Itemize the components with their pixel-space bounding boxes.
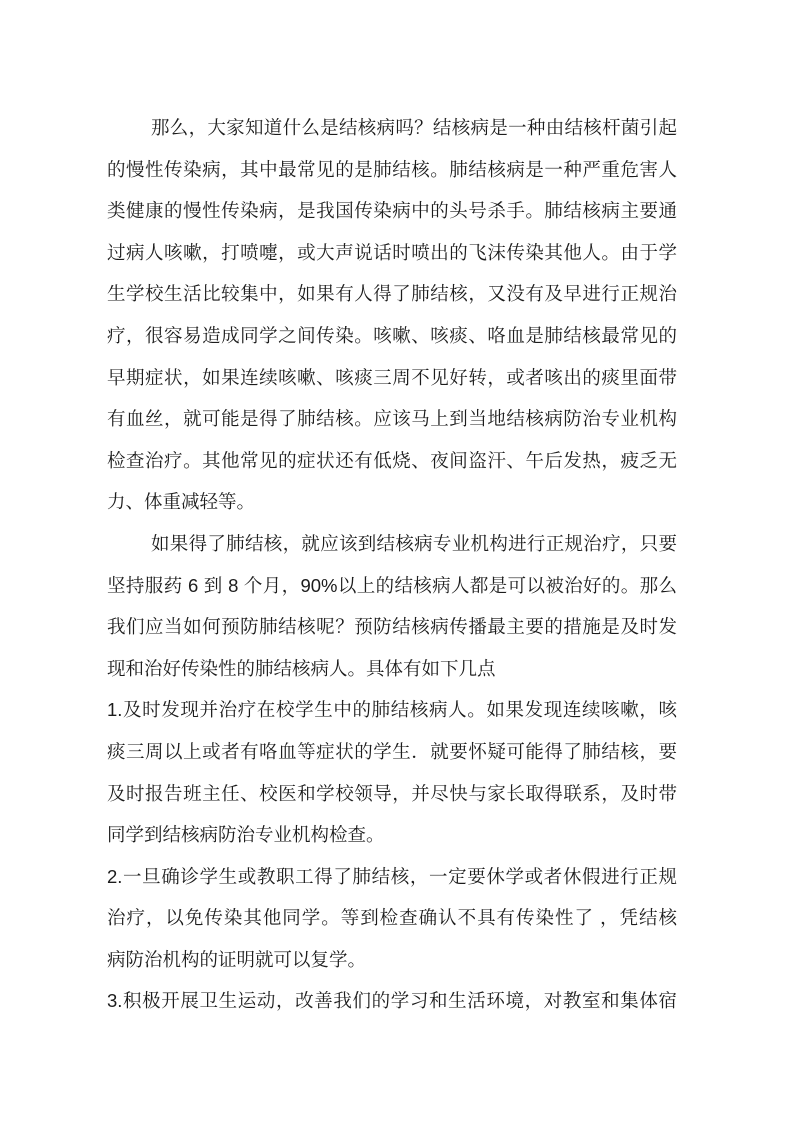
paragraph: 3.积极开展卫生运动，改善我们的学习和生活环境，对教室和集体宿 [107,980,677,1022]
text-line: 如果得了肺结核，就应该到结核病专业机构进行正规治疗，只要 [107,523,677,565]
text-line: 类健康的慢性传染病，是我国传染病中的头号杀手。肺结核病主要通 [107,190,677,232]
text-line: 我们应当如何预防肺结核呢？预防结核病传播最主要的措施是及时发 [107,606,677,648]
text-line: 那么，大家知道什么是结核病吗？结核病是一种由结核杆菌引起 [107,107,677,149]
paragraph: 2.一旦确诊学生或教职工得了肺结核，一定要休学或者休假进行正规 治疗，以免传染其… [107,856,677,981]
paragraph: 如果得了肺结核，就应该到结核病专业机构进行正规治疗，只要 坚持服药 6 到 8 … [107,523,677,689]
text-line: 早期症状，如果连续咳嗽、咳痰三周不见好转，或者咳出的痰里面带 [107,357,677,399]
document-text-block: 那么，大家知道什么是结核病吗？结核病是一种由结核杆菌引起 的慢性传染病，其中最常… [107,107,677,1022]
text-line: 3.积极开展卫生运动，改善我们的学习和生活环境，对教室和集体宿 [107,980,677,1022]
text-line: 现和治好传染性的肺结核病人。具体有如下几点 [107,648,677,690]
text-line: 力、体重减轻等。 [107,481,677,523]
text-line: 疗，很容易造成同学之间传染。咳嗽、咳痰、咯血是肺结核最常见的 [107,315,677,357]
text-line: 痰三周以上或者有咯血等症状的学生．就要怀疑可能得了肺结核，要 [107,731,677,773]
text-line: 2.一旦确诊学生或教职工得了肺结核，一定要休学或者休假进行正规 [107,856,677,898]
text-line: 的慢性传染病，其中最常见的是肺结核。肺结核病是一种严重危害人 [107,149,677,191]
text-line: 1.及时发现并治疗在校学生中的肺结核病人。如果发现连续咳嗽，咳 [107,689,677,731]
text-line: 生学校生活比较集中，如果有人得了肺结核，又没有及早进行正规治 [107,273,677,315]
paragraph: 1.及时发现并治疗在校学生中的肺结核病人。如果发现连续咳嗽，咳 痰三周以上或者有… [107,689,677,855]
text-line: 有血丝，就可能是得了肺结核。应该马上到当地结核病防治专业机构 [107,398,677,440]
paragraph: 那么，大家知道什么是结核病吗？结核病是一种由结核杆菌引起 的慢性传染病，其中最常… [107,107,677,523]
document-page: 那么，大家知道什么是结核病吗？结核病是一种由结核杆菌引起 的慢性传染病，其中最常… [0,0,793,1122]
text-line: 坚持服药 6 到 8 个月，90%以上的结核病人都是可以被治好的。那么 [107,565,677,607]
text-line: 及时报告班主任、校医和学校领导，并尽快与家长取得联系，及时带 [107,773,677,815]
text-line: 病防治机构的证明就可以复学。 [107,939,677,981]
text-line: 检查治疗。其他常见的症状还有低烧、夜间盗汗、午后发热，疲乏无 [107,440,677,482]
text-line: 治疗，以免传染其他同学。等到检查确认不具有传染性了 ，凭结核 [107,897,677,939]
text-line: 同学到结核病防治专业机构检查。 [107,814,677,856]
text-line: 过病人咳嗽，打喷嚏，或大声说话时喷出的飞沫传染其他人。由于学 [107,232,677,274]
